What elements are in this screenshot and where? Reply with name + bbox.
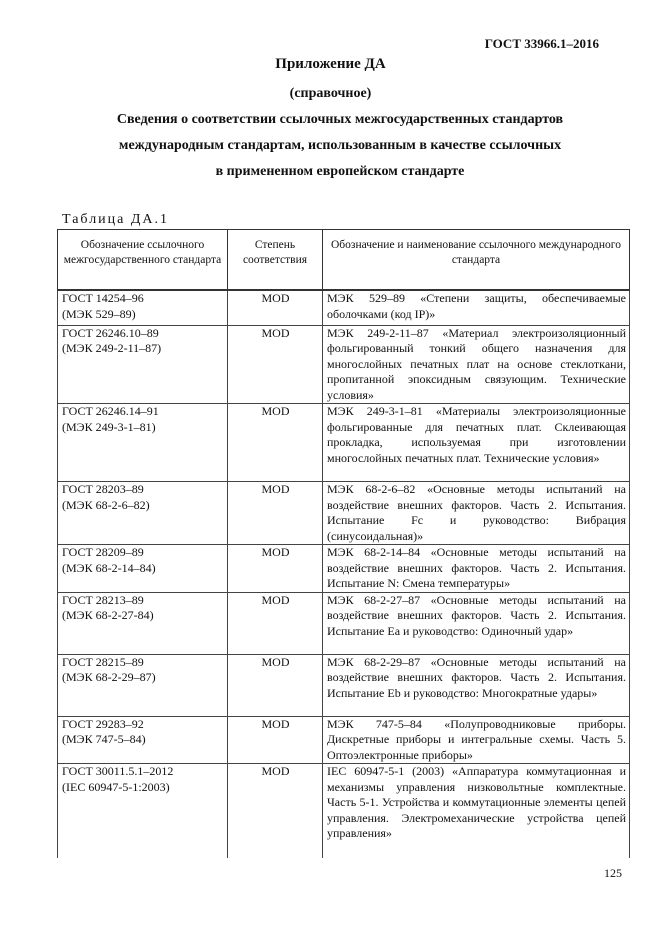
national-standard-line: ГОСТ 28213–89 <box>62 593 224 609</box>
international-standard-cell: МЭК 68-2-6–82 «Основные методы испытаний… <box>323 482 630 545</box>
national-standard-line: (МЭК 249-2-11–87) <box>62 341 224 357</box>
degree-cell: MOD <box>228 482 323 545</box>
title-line-2: международным стандартам, использованным… <box>60 138 620 154</box>
table-row: ГОСТ 29283–92(МЭК 747-5–84)MODМЭК 747-5–… <box>58 716 630 764</box>
degree-cell: MOD <box>228 325 323 404</box>
table-row: ГОСТ 28213–89(МЭК 68-2-27-84)MODМЭК 68-2… <box>58 592 630 654</box>
degree-cell: MOD <box>228 592 323 654</box>
national-standard-line: ГОСТ 26246.10–89 <box>62 326 224 342</box>
document-id: ГОСТ 33966.1–2016 <box>485 36 599 52</box>
national-standard-line: (МЭК 68-2-29–87) <box>62 670 224 686</box>
national-standard-line: (МЭК 68-2-14–84) <box>62 561 224 577</box>
national-standard-cell: ГОСТ 29283–92(МЭК 747-5–84) <box>58 716 228 764</box>
international-standard-cell: МЭК 249-3-1–81 «Материалы электроизоляци… <box>323 404 630 482</box>
national-standard-line: ГОСТ 14254–96 <box>62 291 224 307</box>
international-standard-cell: IEC 60947-5-1 (2003) «Аппаратура коммута… <box>323 764 630 858</box>
table-row: ГОСТ 28203–89(МЭК 68-2-6–82)MODМЭК 68-2-… <box>58 482 630 545</box>
national-standard-line: (IEC 60947-5-1:2003) <box>62 780 224 796</box>
national-standard-line: (МЭК 249-3-1–81) <box>62 420 224 436</box>
international-standard-cell: МЭК 68-2-27–87 «Основные методы испытани… <box>323 592 630 654</box>
table-row: ГОСТ 26246.10–89(МЭК 249-2-11–87)MODМЭК … <box>58 325 630 404</box>
national-standard-cell: ГОСТ 28209–89(МЭК 68-2-14–84) <box>58 545 228 593</box>
degree-cell: MOD <box>228 654 323 716</box>
degree-cell: MOD <box>228 545 323 593</box>
national-standard-cell: ГОСТ 26246.10–89(МЭК 249-2-11–87) <box>58 325 228 404</box>
table-caption: Таблица ДА.1 <box>62 212 169 228</box>
international-standard-cell: МЭК 249-2-11–87 «Материал электроизоляци… <box>323 325 630 404</box>
appendix-title: Приложение ДА <box>0 56 661 73</box>
column-header-international: Обозначение и наименование ссылочного ме… <box>323 230 630 291</box>
national-standard-cell: ГОСТ 28215–89(МЭК 68-2-29–87) <box>58 654 228 716</box>
column-header-degree: Степень соответствия <box>228 230 323 291</box>
page-number: 125 <box>604 866 622 881</box>
national-standard-cell: ГОСТ 28203–89(МЭК 68-2-6–82) <box>58 482 228 545</box>
national-standard-line: ГОСТ 26246.14–91 <box>62 404 224 420</box>
national-standard-line: ГОСТ 28203–89 <box>62 482 224 498</box>
table-row: ГОСТ 28209–89(МЭК 68-2-14–84)MODМЭК 68-2… <box>58 545 630 593</box>
table-row: ГОСТ 28215–89(МЭК 68-2-29–87)MODМЭК 68-2… <box>58 654 630 716</box>
international-standard-cell: МЭК 529–89 «Степени защиты, обеспечиваем… <box>323 290 630 325</box>
national-standard-cell: ГОСТ 28213–89(МЭК 68-2-27-84) <box>58 592 228 654</box>
national-standard-line: (МЭК 747-5–84) <box>62 732 224 748</box>
table-row: ГОСТ 26246.14–91(МЭК 249-3-1–81)MODМЭК 2… <box>58 404 630 482</box>
degree-cell: MOD <box>228 290 323 325</box>
appendix-kind: (справочное) <box>0 86 661 102</box>
national-standard-cell: ГОСТ 14254–96(МЭК 529–89) <box>58 290 228 325</box>
table-row: ГОСТ 14254–96(МЭК 529–89)MODМЭК 529–89 «… <box>58 290 630 325</box>
national-standard-line: (МЭК 68-2-6–82) <box>62 498 224 514</box>
national-standard-cell: ГОСТ 26246.14–91(МЭК 249-3-1–81) <box>58 404 228 482</box>
table-header-row: Обозначение ссылочного межгосударственно… <box>58 230 630 291</box>
column-header-national: Обозначение ссылочного межгосударственно… <box>58 230 228 291</box>
table-row: ГОСТ 30011.5.1–2012(IEC 60947-5-1:2003)M… <box>58 764 630 858</box>
national-standard-line: (МЭК 68-2-27-84) <box>62 608 224 624</box>
degree-cell: MOD <box>228 764 323 858</box>
international-standard-cell: МЭК 68-2-29–87 «Основные методы испытани… <box>323 654 630 716</box>
national-standard-line: ГОСТ 30011.5.1–2012 <box>62 764 224 780</box>
national-standard-line: ГОСТ 29283–92 <box>62 717 224 733</box>
national-standard-line: ГОСТ 28209–89 <box>62 545 224 561</box>
international-standard-cell: МЭК 747-5–84 «Полупроводниковые приборы.… <box>323 716 630 764</box>
international-standard-cell: МЭК 68-2-14–84 «Основные методы испытани… <box>323 545 630 593</box>
degree-cell: MOD <box>228 716 323 764</box>
national-standard-line: ГОСТ 28215–89 <box>62 655 224 671</box>
correspondence-table: Обозначение ссылочного межгосударственно… <box>57 229 630 858</box>
national-standard-cell: ГОСТ 30011.5.1–2012(IEC 60947-5-1:2003) <box>58 764 228 858</box>
title-line-3: в примененном европейском стандарте <box>60 164 620 180</box>
degree-cell: MOD <box>228 404 323 482</box>
title-line-1: Сведения о соответствии ссылочных межгос… <box>60 112 620 128</box>
national-standard-line: (МЭК 529–89) <box>62 307 224 323</box>
